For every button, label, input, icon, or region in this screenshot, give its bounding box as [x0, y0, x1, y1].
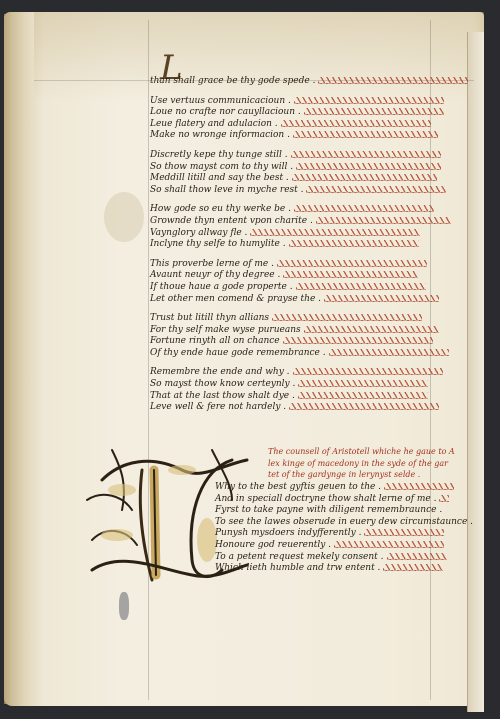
- text-line: Remembre the ende and why .: [150, 367, 440, 379]
- text-line: Discretly kepe thy tunge still .: [150, 150, 440, 162]
- text-line: This proverbe lerne of me .: [150, 259, 440, 271]
- line-filler: [298, 392, 428, 399]
- text-line: Leue flatery and adulacion .: [150, 119, 440, 131]
- text-line: Fyrst to take payne with diligent rememb…: [215, 505, 455, 517]
- text-line: Grownde thyn entent vpon charite .: [150, 216, 440, 228]
- text-line: Trust but litill thyn allians: [150, 313, 440, 325]
- line-filler: [324, 295, 439, 302]
- manuscript-text: than shall grace be thy gode spede . Use…: [150, 76, 440, 414]
- text-line: Of thy ende haue gode remembrance .: [150, 348, 440, 360]
- text-line: Why to the best gyftis geuen to the .: [215, 482, 455, 494]
- text-line: Fortune rinyth all on chance: [150, 336, 440, 348]
- final-stanza: Why to the best gyftis geuen to the . An…: [215, 482, 455, 575]
- text-line: Inclyne thy selfe to humylite .: [150, 239, 440, 251]
- line-filler: [296, 163, 441, 170]
- line-filler: [316, 217, 451, 224]
- text-line: That at the last thow shalt dye .: [150, 391, 440, 403]
- text-line: Leve well & fere not hardely .: [150, 402, 440, 414]
- line-filler: [283, 271, 418, 278]
- line-filler: [291, 151, 441, 158]
- text-line: Meddill litill and say the best .: [150, 173, 440, 185]
- line-filler: [292, 174, 437, 181]
- line-filler: [293, 131, 438, 138]
- text-line: Which lieth humble and trw entent .: [215, 563, 455, 575]
- text-line: So mayst thow know certeynly .: [150, 379, 440, 391]
- line-filler: [318, 77, 468, 84]
- line-filler: [306, 186, 446, 193]
- text-line: than shall grace be thy gode spede .: [150, 76, 440, 88]
- text-line: Vaynglory allway fle .: [150, 228, 440, 240]
- rubric-heading: The counsell of Aristotell whiche he gau…: [268, 446, 448, 481]
- line-filler: [294, 205, 434, 212]
- line-filler: [294, 97, 444, 104]
- text-line: Avaunt neuyr of thy degree .: [150, 270, 440, 282]
- line-filler: [250, 229, 420, 236]
- line-filler: [277, 260, 427, 267]
- line-filler: [329, 349, 449, 356]
- text-line: And in speciall doctryne thow shalt lern…: [215, 494, 455, 506]
- parchment-stain: [104, 192, 144, 242]
- line-filler: [289, 240, 419, 247]
- line-filler: [293, 368, 443, 375]
- text-line: Loue no crafte nor cauyllacioun .: [150, 107, 440, 119]
- text-line: Make no wronge informacion .: [150, 130, 440, 142]
- line-filler: [272, 314, 422, 321]
- page-fore-edge: [467, 32, 484, 712]
- line-filler: [281, 120, 431, 127]
- line-filler: [289, 403, 439, 410]
- text-line: So thow mayst com to thy will .: [150, 162, 440, 174]
- line-filler: [304, 108, 444, 115]
- line-filler: [283, 337, 433, 344]
- text-line: How gode so eu thy werke be .: [150, 204, 440, 216]
- line-filler: [298, 380, 428, 387]
- text-line: Honoure god reuerently .: [215, 540, 455, 552]
- text-line: If thoue haue a gode properte .: [150, 282, 440, 294]
- text-line: Let other men comend & prayse the .: [150, 294, 440, 306]
- text-line: For thy self make wyse purueans: [150, 325, 440, 337]
- line-filler: [304, 326, 439, 333]
- ink-blot: [119, 592, 129, 620]
- text-line: Punysh mysdoers indyfferently .: [215, 528, 455, 540]
- ruling-line: [148, 20, 149, 700]
- line-filler: [296, 283, 426, 290]
- text-line: Use vertuus communicacioun .: [150, 96, 440, 108]
- text-line: To a petent request mekely consent .: [215, 552, 455, 564]
- text-line: To see the lawes obserude in euery dew c…: [215, 517, 455, 529]
- text-line: So shall thow leve in myche rest .: [150, 185, 440, 197]
